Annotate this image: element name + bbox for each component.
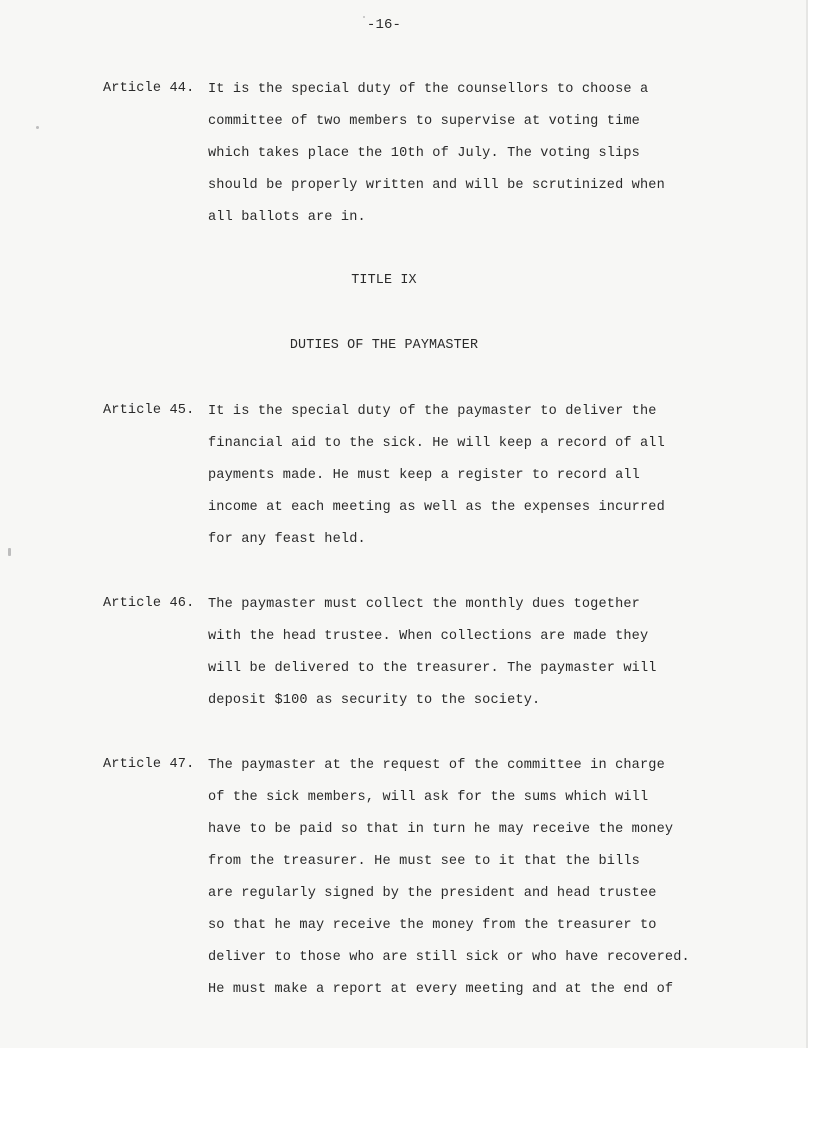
- text-line: income at each meeting as well as the ex…: [208, 499, 728, 531]
- text-line: payments made. He must keep a register t…: [208, 467, 728, 499]
- article-body: It is the special duty of the paymaster …: [208, 403, 728, 563]
- text-line: deliver to those who are still sick or w…: [208, 949, 728, 981]
- article-body: The paymaster must collect the monthly d…: [208, 596, 728, 724]
- text-line: deposit $100 as security to the society.: [208, 692, 728, 724]
- text-line: from the treasurer. He must see to it th…: [208, 853, 728, 885]
- text-line: committee of two members to supervise at…: [208, 113, 728, 145]
- text-line: all ballots are in.: [208, 209, 728, 241]
- text-line: are regularly signed by the president an…: [208, 885, 728, 917]
- title-heading: TITLE IX: [0, 273, 768, 288]
- page-margin-bottom: [0, 1048, 816, 1123]
- text-line: will be delivered to the treasurer. The …: [208, 660, 728, 692]
- article-label: Article 46.: [103, 596, 203, 611]
- text-line: so that he may receive the money from th…: [208, 917, 728, 949]
- section-heading: DUTIES OF THE PAYMASTER: [0, 338, 768, 353]
- text-line: It is the special duty of the paymaster …: [208, 403, 728, 435]
- page-number: -16-: [0, 17, 768, 33]
- text-line: with the head trustee. When collections …: [208, 628, 728, 660]
- article-label: Article 45.: [103, 403, 203, 418]
- text-line: which takes place the 10th of July. The …: [208, 145, 728, 177]
- article-label: Article 44.: [103, 81, 203, 96]
- text-line: financial aid to the sick. He will keep …: [208, 435, 728, 467]
- scan-speck: [36, 126, 39, 129]
- text-line: The paymaster must collect the monthly d…: [208, 596, 728, 628]
- article-label: Article 47.: [103, 757, 203, 772]
- scan-speck: [8, 548, 11, 556]
- scan-speck: [363, 16, 365, 18]
- text-line: The paymaster at the request of the comm…: [208, 757, 728, 789]
- text-line: of the sick members, will ask for the su…: [208, 789, 728, 821]
- text-line: He must make a report at every meeting a…: [208, 981, 728, 1013]
- article-body: The paymaster at the request of the comm…: [208, 757, 728, 1013]
- text-line: It is the special duty of the counsellor…: [208, 81, 728, 113]
- article-body: It is the special duty of the counsellor…: [208, 81, 728, 241]
- text-line: should be properly written and will be s…: [208, 177, 728, 209]
- text-line: have to be paid so that in turn he may r…: [208, 821, 728, 853]
- text-line: for any feast held.: [208, 531, 728, 563]
